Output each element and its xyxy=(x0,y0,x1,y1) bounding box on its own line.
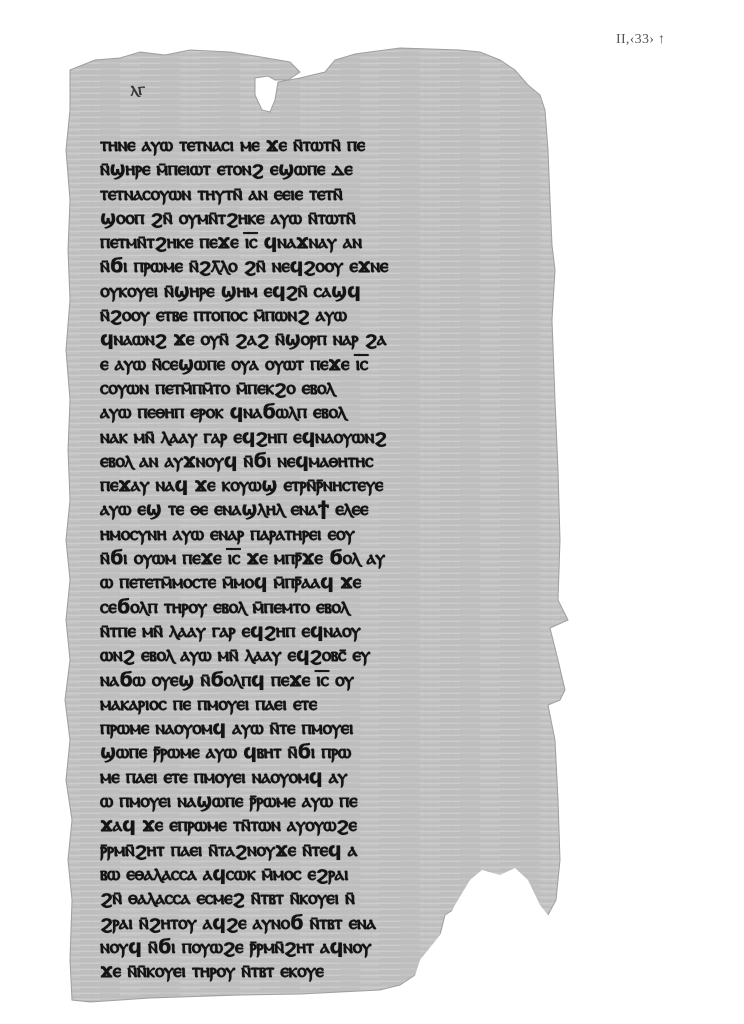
text-line: ⲧⲉⲧⲛⲁⲥⲟⲩⲱⲛ ⲧⲏⲩⲧⲛ̄ ⲁⲛ ⲉⲉⲓⲉ ⲧⲉⲧⲛ̄ xyxy=(100,182,520,206)
text-line: ⲙⲁⲕⲁⲣⲓⲟⲥ ⲡⲉ ⲡⲙⲟⲩⲉⲓ ⲡⲁⲉⲓ ⲉⲧⲉ xyxy=(100,692,520,716)
text-line: ⲱ ⲡⲉⲧⲉⲧⲙ̄ⲙⲟⲥⲧⲉ ⲙ̄ⲙⲟϥ ⲙ̄ⲡⲣ̄ⲁⲁϥ ϫⲉ xyxy=(100,570,520,594)
text-line: ⲱ ⲡⲙⲟⲩⲉⲓ ⲛⲁϣⲱⲡⲉ ⲣ̄ⲣⲱⲙⲉ ⲁⲩⲱ ⲡⲉ xyxy=(100,789,520,813)
text-line: ϣⲱⲡⲉ ⲣ̄ⲣⲱⲙⲉ ⲁⲩⲱ ϥⲃⲏⲧ ⲛ̄ϭⲓ ⲡⲣⲱ xyxy=(100,740,520,764)
text-line: ⲧⲏⲛⲉ ⲁⲩⲱ ⲧⲉⲧⲛⲁⲥⲓ ⲙⲉ ϫⲉ ⲛ̄ⲧⲱⲧⲛ̄ ⲡⲉ xyxy=(100,133,520,157)
text-line: ⲃⲱ ⲉⲑⲁⲗⲁⲥⲥⲁ ⲁϥⲥⲱⲕ ⲙ̄ⲙⲟⲥ ⲉϩⲣⲁⲓ xyxy=(100,862,520,886)
text-line: ⲣ̄ⲣⲙⲛ̄ϩⲏⲧ ⲡⲁⲉⲓ ⲛ̄ⲧⲁϩⲛⲟⲩϫⲉ ⲛ̄ⲧⲉϥ ⲁ xyxy=(100,838,520,862)
text-line: ϫⲉ ⲛ̄ⲛ̄ⲕⲟⲩⲉⲓ ⲧⲏⲣⲟⲩ ⲛ̄ⲧⲃⲧ ⲉⲕⲟⲩⲉ xyxy=(100,959,520,983)
text-line: ⲥⲉϭⲟⲗⲡ ⲧⲏⲣⲟⲩ ⲉⲃⲟⲗ ⲙ̄ⲡⲉⲙⲧⲟ ⲉⲃⲟⲗ xyxy=(100,595,520,619)
text-line: ⲡⲣⲱⲙⲉ ⲛⲁⲟⲩⲟⲙϥ ⲁⲩⲱ ⲛ̄ⲧⲉ ⲡⲙⲟⲩⲉⲓ xyxy=(100,716,520,740)
text-line: ⲛⲁⲕ ⲙⲛ̄ ⲗⲁⲁⲩ ⲅⲁⲣ ⲉϥϩⲏⲡ ⲉϥⲛⲁⲟⲩⲱⲛϩ xyxy=(100,425,520,449)
text-line: ⲛ̄ϩⲟⲟⲩ ⲉⲧⲃⲉ ⲡⲧⲟⲡⲟⲥ ⲙ̄ⲡⲱⲛϩ ⲁⲩⲱ xyxy=(100,303,520,327)
text-line: ϥⲛⲁⲱⲛϩ ϫⲉ ⲟⲩⲛ̄ ϩⲁϩ ⲛ̄ϣⲟⲣⲡ ⲛⲁⲣ ϩⲁ xyxy=(100,327,520,351)
text-line: ϩⲣⲁⲓ ⲛ̄ϩⲏⲧⲟⲩ ⲁϥϩⲉ ⲁⲩⲛⲟϭ ⲛ̄ⲧⲃⲧ ⲉⲛⲁ xyxy=(100,911,520,935)
text-line: ⲛ̄ϭⲓ ⲟⲩⲱⲙ ⲡⲉϫⲉ ⲓ̅ⲥ̅ ϫⲉ ⲙⲡⲣ̄ϫⲉ ϭⲟⲗ ⲁⲩ xyxy=(100,546,520,570)
text-line: ⲛ̄ⲧⲡⲉ ⲙⲛ̄ ⲗⲁⲁⲩ ⲅⲁⲣ ⲉϥϩⲏⲡ ⲉϥⲛⲁⲟⲩ xyxy=(100,619,520,643)
page-reference-label: II,‹33› ↑ xyxy=(616,32,665,48)
text-line: ⲥⲟⲩⲱⲛ ⲡⲉⲧⲙ̄ⲡⲙ̄ⲧⲟ ⲙ̄ⲡⲉⲕϩⲟ ⲉⲃⲟⲗ xyxy=(100,376,520,400)
text-line: ⲡⲉⲧⲙⲛ̄ⲧϩⲏⲕⲉ ⲡⲉϫⲉ ⲓ̅ⲥ̅ ϥⲛⲁϫⲛⲁⲩ ⲁⲛ xyxy=(100,230,520,254)
text-line: ⲟⲩⲕⲟⲩⲉⲓ ⲛ̄ϣⲏⲣⲉ ϣⲏⲙ ⲉϥϩⲛ̄ ⲥⲁϣϥ xyxy=(100,279,520,303)
text-line: ⲁⲩⲱ ⲉϣ ⲧⲉ ⲑⲉ ⲉⲛⲁϣⲗⲏⲗ ⲉⲛⲁϯ ⲉⲗⲉⲉ xyxy=(100,497,520,521)
text-line: ⲉⲃⲟⲗ ⲁⲛ ⲁⲩϫⲛⲟⲩϥ ⲛ̄ϭⲓ ⲛⲉϥⲙⲁⲑⲏⲧⲏⲥ xyxy=(100,449,520,473)
text-line: ⲛ̄ϣⲏⲣⲉ ⲙ̄ⲡⲉⲓⲱⲧ ⲉⲧⲟⲛϩ ⲉϣⲱⲡⲉ ⲇⲉ xyxy=(100,157,520,181)
text-line: ⲛ̄ϭⲓ ⲡⲣⲱⲙⲉ ⲛ̄ϩⲗ̄ⲗⲟ ϩⲛ̄ ⲛⲉϥϩⲟⲟⲩ ⲉϫⲛⲉ xyxy=(100,254,520,278)
text-line: ⲡⲉϫⲁⲩ ⲛⲁϥ ϫⲉ ⲕⲟⲩⲱϣ ⲉⲧⲣⲛ̄ⲣ̄ⲛⲏⲥⲧⲉⲩⲉ xyxy=(100,473,520,497)
text-line: ϣⲟⲟⲡ ϩⲛ̄ ⲟⲩⲙⲛ̄ⲧϩⲏⲕⲉ ⲁⲩⲱ ⲛ̄ⲧⲱⲧⲛ̄ xyxy=(100,206,520,230)
text-line: ⲛⲁϭⲱ ⲟⲩⲉϣ ⲛ̄ϭⲟⲗⲡϥ ⲡⲉϫⲉ ⲓ̅ⲥ̅ ⲟⲩ xyxy=(100,668,520,692)
text-line: ⲁⲩⲱ ⲡⲉⲑⲏⲡ ⲉⲣⲟⲕ ϥⲛⲁϭⲱⲗⲡ ⲉⲃⲟⲗ xyxy=(100,400,520,424)
text-line: ϩⲛ̄ ⲑⲁⲗⲁⲥⲥⲁ ⲉⲥⲙⲉϩ ⲛ̄ⲧⲃⲧ ⲛ̄ⲕⲟⲩⲉⲓ ⲛ̄ xyxy=(100,886,520,910)
coptic-text-block: ⲧⲏⲛⲉ ⲁⲩⲱ ⲧⲉⲧⲛⲁⲥⲓ ⲙⲉ ϫⲉ ⲛ̄ⲧⲱⲧⲛ̄ ⲡⲉ ⲛ̄ϣⲏⲣⲉ… xyxy=(100,133,520,983)
folio-number: ⲗⲅ xyxy=(129,79,146,100)
text-line: ⲏⲙⲟⲥⲩⲛⲏ ⲁⲩⲱ ⲉⲛⲁⲣ ⲡⲁⲣⲁⲧⲏⲣⲉⲓ ⲉⲟⲩ xyxy=(100,522,520,546)
text-line: ⲱⲛϩ ⲉⲃⲟⲗ ⲁⲩⲱ ⲙⲛ̄ ⲗⲁⲁⲩ ⲉϥϩⲟⲃⲥ̄ ⲉⲩ xyxy=(100,643,520,667)
text-line: ⲙⲉ ⲡⲁⲉⲓ ⲉⲧⲉ ⲡⲙⲟⲩⲉⲓ ⲛⲁⲟⲩⲟⲙϥ ⲁⲩ xyxy=(100,765,520,789)
text-line: ⲉ ⲁⲩⲱ ⲛ̄ⲥⲉϣⲱⲡⲉ ⲟⲩⲁ ⲟⲩⲱⲧ ⲡⲉϫⲉ ⲓ̅ⲥ̅ xyxy=(100,352,520,376)
text-line: ⲛⲟⲩϥ ⲛ̄ϭⲓ ⲡⲟⲩⲱϩⲉ ⲣ̄ⲣⲙⲛ̄ϩⲏⲧ ⲁϥⲛⲟⲩ xyxy=(100,935,520,959)
text-line: ϫⲁϥ ϫⲉ ⲉⲡⲣⲱⲙⲉ ⲧⲛ̄ⲧⲱⲛ ⲁⲩⲟⲩⲱϩⲉ xyxy=(100,813,520,837)
